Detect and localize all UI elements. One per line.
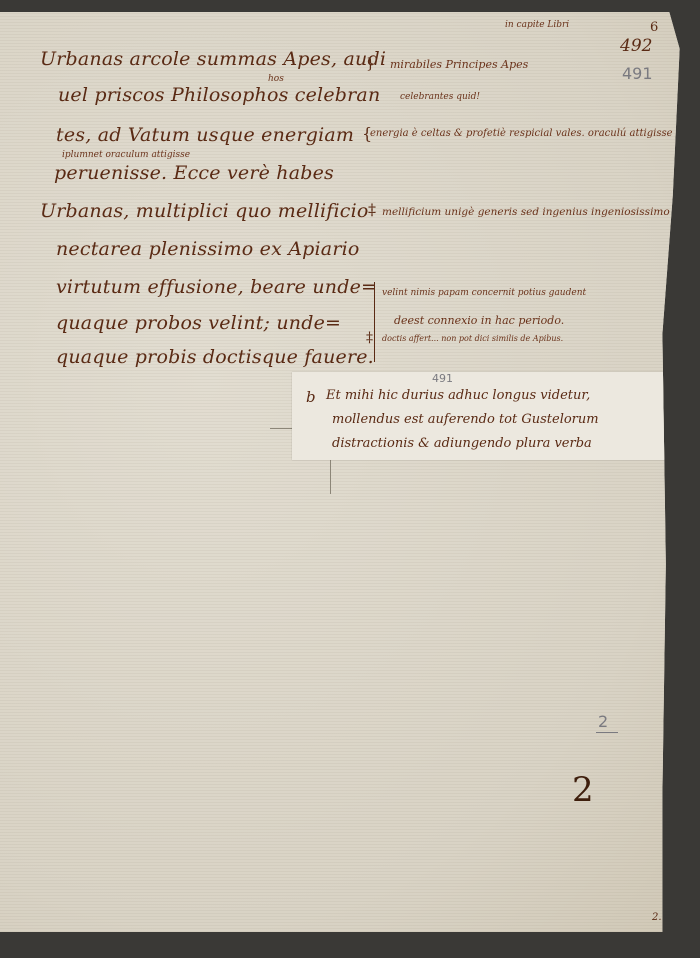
pencil-underline	[596, 732, 618, 733]
folio-number-ink: 492	[620, 36, 652, 56]
margin-note: energia è celtas & profetiè respicial va…	[370, 128, 673, 139]
main-text-line: Urbanas, multiplici quo mellificio	[40, 200, 369, 222]
interlinear-insertion: iplumnet oraculum attigisse	[62, 150, 190, 160]
folio-superscript: 6	[650, 20, 658, 35]
main-text-line: virtutum effusione, beare unde=	[56, 276, 377, 298]
slip-text-line: distractionis & adiungendo plura verba	[332, 436, 592, 451]
margin-note: mellificium unigè generis sed ingenius i…	[382, 206, 670, 218]
ruling-mark	[270, 428, 292, 429]
cross-mark: ‡	[368, 200, 376, 219]
cross-mark: ‡	[366, 330, 373, 346]
slip-text-line: mollendus est auferendo tot Gustelorum	[332, 412, 599, 427]
main-text-line: uel priscos Philosophos celebran	[58, 84, 380, 106]
margin-note: doctis affert... non pot dici similis de…	[382, 334, 563, 343]
pasted-slip: b 491 Et mihi hic durius adhuc longus vi…	[292, 372, 692, 460]
main-text-line: tes, ad Vatum usque energiam	[56, 124, 354, 146]
margin-note: celebrantes quid!	[400, 92, 480, 102]
folio-number-pencil: 491	[622, 64, 653, 83]
main-text-line: nectarea plenissimo ex Apiario	[56, 238, 360, 260]
main-text-line: Urbanas arcole summas Apes, audi	[40, 48, 386, 70]
margin-note: velint nimis papam concernit potius gaud…	[382, 288, 586, 298]
margin-rule	[374, 282, 375, 362]
slip-label: b	[306, 388, 316, 406]
ruling-mark	[330, 460, 331, 494]
main-text-line: peruenisse. Ecce verè habes	[54, 162, 334, 184]
ink-number-large: 2	[572, 770, 594, 810]
main-text-line: quaque probos velint; unde=	[56, 312, 341, 334]
brace-mark: }	[366, 56, 375, 72]
slip-text-line: Et mihi hic durius adhuc longus videtur,	[326, 388, 590, 403]
margin-note: deest connexio in hac periodo.	[394, 314, 564, 327]
manuscript-page: in capite Libri 6 492 491 Urbanas arcole…	[0, 12, 690, 932]
pencil-number-bottom: 2	[598, 712, 608, 731]
top-annotation: in capite Libri	[505, 20, 569, 30]
corner-number: 2.	[652, 912, 662, 923]
margin-note: mirabiles Principes Apes	[390, 58, 528, 71]
main-text-line: quaque probis doctisque fauere.	[56, 346, 374, 368]
slip-pencil-number: 491	[432, 372, 453, 385]
interlinear-insertion: hos	[268, 74, 284, 84]
